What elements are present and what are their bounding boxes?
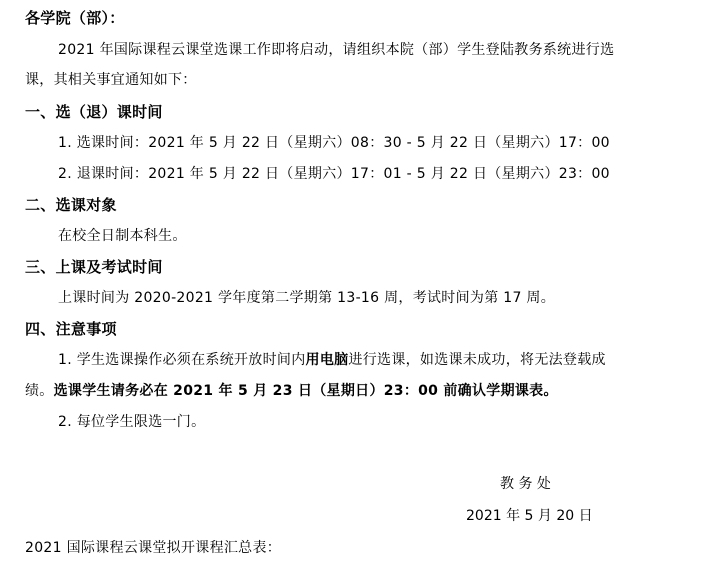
note1-line2: 绩。选课学生请务必在 2021 年 5 月 23 日（星期日）23：00 前确认…	[25, 381, 558, 401]
note1-line1: 1. 学生选课操作必须在系统开放时间内用电脑进行选课，如选课未成功，将无法登载成	[58, 350, 606, 370]
intro-paragraph-line1: 2021 年国际课程云课堂选课工作即将启动，请组织本院（部）学生登陆教务系统进行…	[58, 40, 614, 60]
section-heading-4: 四、注意事项	[25, 319, 117, 339]
drop-time-item: 2. 退课时间：2021 年 5 月 22 日（星期六）17：01 - 5 月 …	[58, 164, 610, 184]
note1-bold-deadline: 选课学生请务必在 2021 年 5 月 23 日（星期日）23：00 前确认学期…	[54, 383, 558, 399]
table-caption: 2021 国际课程云课堂拟开课程汇总表：	[25, 538, 281, 558]
select-time-item: 1. 选课时间：2021 年 5 月 22 日（星期六）08：30 - 5 月 …	[58, 133, 610, 153]
greeting: 各学院（部）：	[25, 8, 125, 28]
intro-paragraph-line2: 课，其相关事宜通知如下：	[25, 70, 197, 90]
signature-office: 教 务 处	[500, 474, 551, 494]
class-exam-time-text: 上课时间为 2020-2021 学年度第二学期第 13-16 周，考试时间为第 …	[58, 288, 555, 308]
note2: 2. 每位学生限选一门。	[58, 412, 205, 432]
section-heading-3: 三、上课及考试时间	[25, 257, 163, 277]
note1-bold-computer: 用电脑	[306, 352, 349, 368]
signature-date: 2021 年 5 月 20 日	[466, 506, 593, 526]
section-heading-1: 一、选（退）课时间	[25, 102, 163, 122]
section-heading-2: 二、选课对象	[25, 195, 117, 215]
note1-text-a: 1. 学生选课操作必须在系统开放时间内	[58, 352, 306, 368]
target-students-text: 在校全日制本科生。	[58, 226, 187, 246]
note1-text-b: 进行选课，如选课未成功，将无法登载成	[348, 352, 605, 368]
note1-text-c: 绩。	[25, 383, 54, 399]
